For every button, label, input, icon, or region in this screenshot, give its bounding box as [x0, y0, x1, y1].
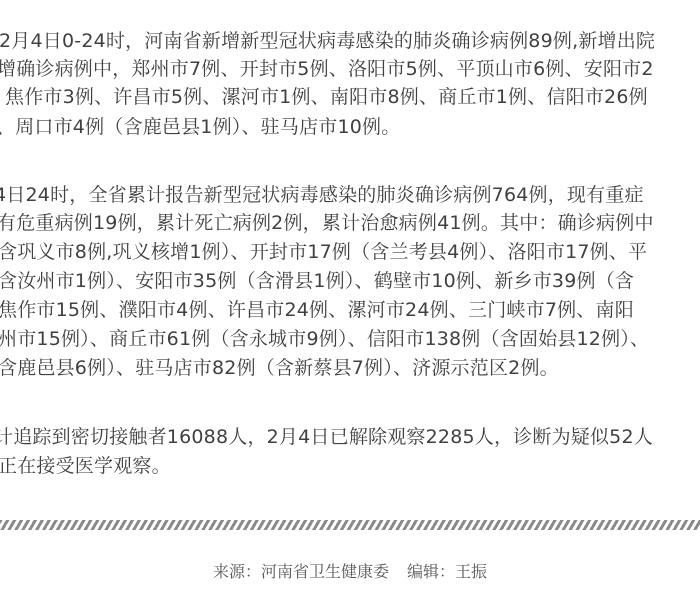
- paragraph-1-line-4: 、周口市4例（含鹿邑县1例）、驻马店市10例。: [0, 114, 400, 140]
- footer-credits: 来源：河南省卫生健康委编辑：王振: [0, 561, 700, 583]
- paragraph-2-line-7: 含鹿邑县6例）、驻马店市82例（含新蔡县7例）、济源示范区2例。: [0, 355, 559, 381]
- paragraph-1-line-3: 焦作市3例、许昌市5例、漯河市1例、南阳市8例、商丘市1例、信阳市26例: [5, 84, 648, 110]
- paragraph-2-line-5: 焦作市15例、濮阳市4例、许昌市24例、漯河市24例、三门峡市7例、南阳: [0, 297, 634, 323]
- paragraph-2-line-3: 含巩义市8例,巩义核增1例）、开封市17例（含兰考县4例）、洛阳市17例、平: [0, 239, 647, 265]
- editor-credit: 编辑：王振: [407, 561, 487, 583]
- paragraph-2-line-6: 州市15例）、商丘市61例（含永城市9例）、信阳市138例（含固始县12例）、: [0, 326, 649, 352]
- paragraph-2-line-1: 4日24时，全省累计报告新型冠状病毒感染的肺炎确诊病例764例，现有重症: [0, 182, 644, 208]
- paragraph-1-line-2: 增确诊病例中，郑州市7例、开封市5例、洛阳市5例、平顶山市6例、安阳市2: [0, 56, 654, 82]
- paragraph-3-line-1: 计追踪到密切接触者16088人，2月4日已解除观察2285人，诊断为疑似52人: [0, 424, 653, 450]
- paragraph-2-line-2: 有危重病例19例，累计死亡病例2例，累计治愈病例41例。其中：确诊病例中: [0, 210, 654, 236]
- article-page: 2月4日0-24时，河南省新增新型冠状病毒感染的肺炎确诊病例89例,新增出院 增…: [0, 0, 700, 600]
- paragraph-1-line-1: 2月4日0-24时，河南省新增新型冠状病毒感染的肺炎确诊病例89例,新增出院: [0, 28, 655, 54]
- paragraph-2-line-4: 含汝州市1例）、安阳市35例（含滑县1例）、鹤壁市10例、新乡市39例（含: [0, 268, 634, 294]
- hatched-divider: [0, 520, 700, 530]
- source-credit: 来源：河南省卫生健康委: [213, 561, 389, 583]
- paragraph-3-line-2: 正在接受医学观察。: [0, 453, 171, 479]
